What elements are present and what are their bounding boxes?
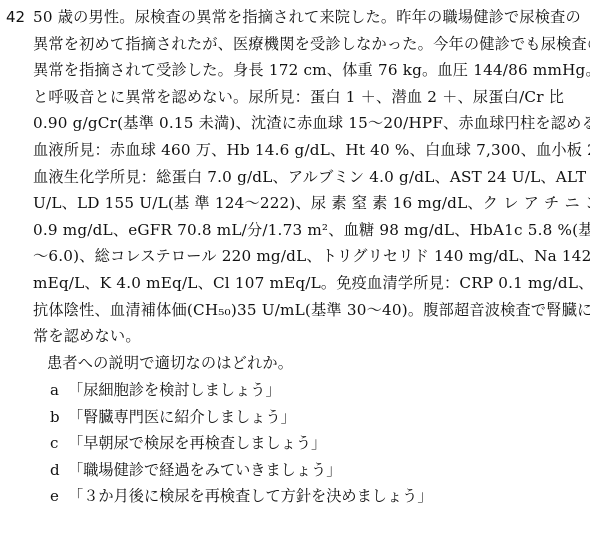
stem-line: 50 歳の男性。尿検査の異常を指摘されて来院した。昨年の職場健診で尿検査の — [33, 7, 583, 27]
option-letter: a — [50, 380, 59, 400]
option-letter: e — [50, 486, 59, 506]
option-letter: c — [50, 433, 58, 453]
stem-line: と呼吸音とに異常を認めない。尿所見：蛋白 1 ＋、潜血 2 ＋、尿蛋白/Cr 比 — [33, 87, 583, 107]
option-text: 「腎臓専門医に紹介しましょう」 — [68, 407, 296, 427]
stem-line: 〜6.0)、総コレステロール 220 mg/dL、トリグリセリド 140 mg/… — [33, 246, 583, 266]
option-text: 「尿細胞診を検討しましょう」 — [68, 380, 281, 400]
stem-line: 血液生化学所見：総蛋白 7.0 g/dL、アルブミン 4.0 g/dL、AST … — [33, 167, 583, 187]
question-number: 42 — [6, 7, 25, 27]
stem-line: mEq/L、K 4.0 mEq/L、Cl 107 mEq/L。免疫血清学所見：C… — [33, 273, 583, 293]
stem-line: 0.90 g/gCr(基準 0.15 未満)、沈渣に赤血球 15〜20/HPF、… — [33, 113, 583, 133]
option-letter: d — [50, 460, 60, 480]
question-prompt: 患者への説明で適切なのはどれか。 — [47, 353, 590, 373]
option-text: 「３か月後に検尿を再検査して方針を決めましょう」 — [68, 486, 433, 506]
stem-line: 血液所見：赤血球 460 万、Hb 14.6 g/dL、Ht 40 %、白血球 … — [33, 140, 583, 160]
stem-line: 0.9 mg/dL、eGFR 70.8 mL/分/1.73 m²、血糖 98 m… — [33, 220, 583, 240]
stem-line: 異常を初めて指摘されたが、医療機関を受診しなかった。今年の健診でも尿検査の — [33, 34, 583, 54]
option-letter: b — [50, 407, 60, 427]
option-text: 「職場健診で経過をみていきましょう」 — [68, 460, 341, 480]
option-text: 「早朝尿で検尿を再検査しましょう」 — [68, 433, 326, 453]
stem-line: 異常を指摘されて受診した。身長 172 cm、体重 76 kg。血圧 144/8… — [33, 60, 583, 80]
stem-line: 抗体陰性、血清補体価(CH₅₀)35 U/mL(基準 30〜40)。腹部超音波検… — [33, 300, 583, 320]
stem-line: 常を認めない。 — [33, 326, 583, 346]
stem-line: U/L、LD 155 U/L(基 準 124〜222)、尿 素 窒 素 16 m… — [33, 193, 583, 213]
